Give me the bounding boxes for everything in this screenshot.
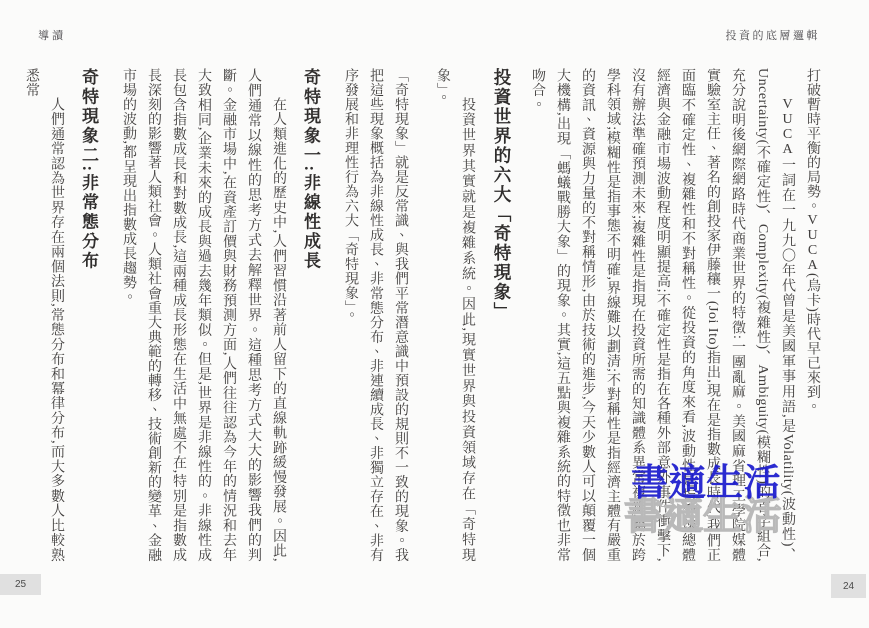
page-number-right-label: 24 xyxy=(843,581,854,592)
watermark: 書適生活 xyxy=(631,465,781,503)
chapter-heading-six-phenomena: 投資世界的六大「奇特現象」 xyxy=(487,68,517,562)
page-right: 投資的底層邏輯 打破暫時平衡的局勢。VUCA(烏卡)時代早已來到。 VUCA一詞… xyxy=(0,0,869,628)
paragraph-vuca-intro: 打破暫時平衡的局勢。VUCA(烏卡)時代早已來到。 xyxy=(800,68,825,562)
paragraph-complex-system: 投資世界其實就是複雜系統。因此,現實世界與投資領域存在「奇特現象」。 xyxy=(430,68,480,562)
running-head-right: 投資的底層邏輯 xyxy=(726,27,821,43)
book-spread: 導讀 「奇特現象」就是反常識、與我們平常潛意識中預設的規則不一致的現象。我把這些… xyxy=(0,0,869,628)
page-number-left: 25 xyxy=(0,574,41,595)
page-number-right: 24 xyxy=(831,574,866,598)
page-number-left-label: 25 xyxy=(15,579,26,590)
